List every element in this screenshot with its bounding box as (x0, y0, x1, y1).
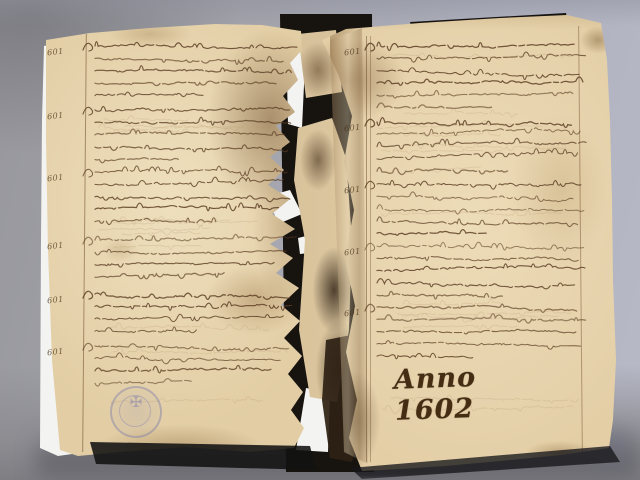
round-archive-stamp: ✠ (110, 386, 162, 438)
stamp-crest-icon: ✠ (112, 393, 160, 411)
handwritten-text (0, 0, 640, 480)
year-inscription: Anno 1602 (393, 359, 554, 403)
manuscript-photo: 601601601601601601601601601601601 Anno 1… (0, 0, 640, 480)
